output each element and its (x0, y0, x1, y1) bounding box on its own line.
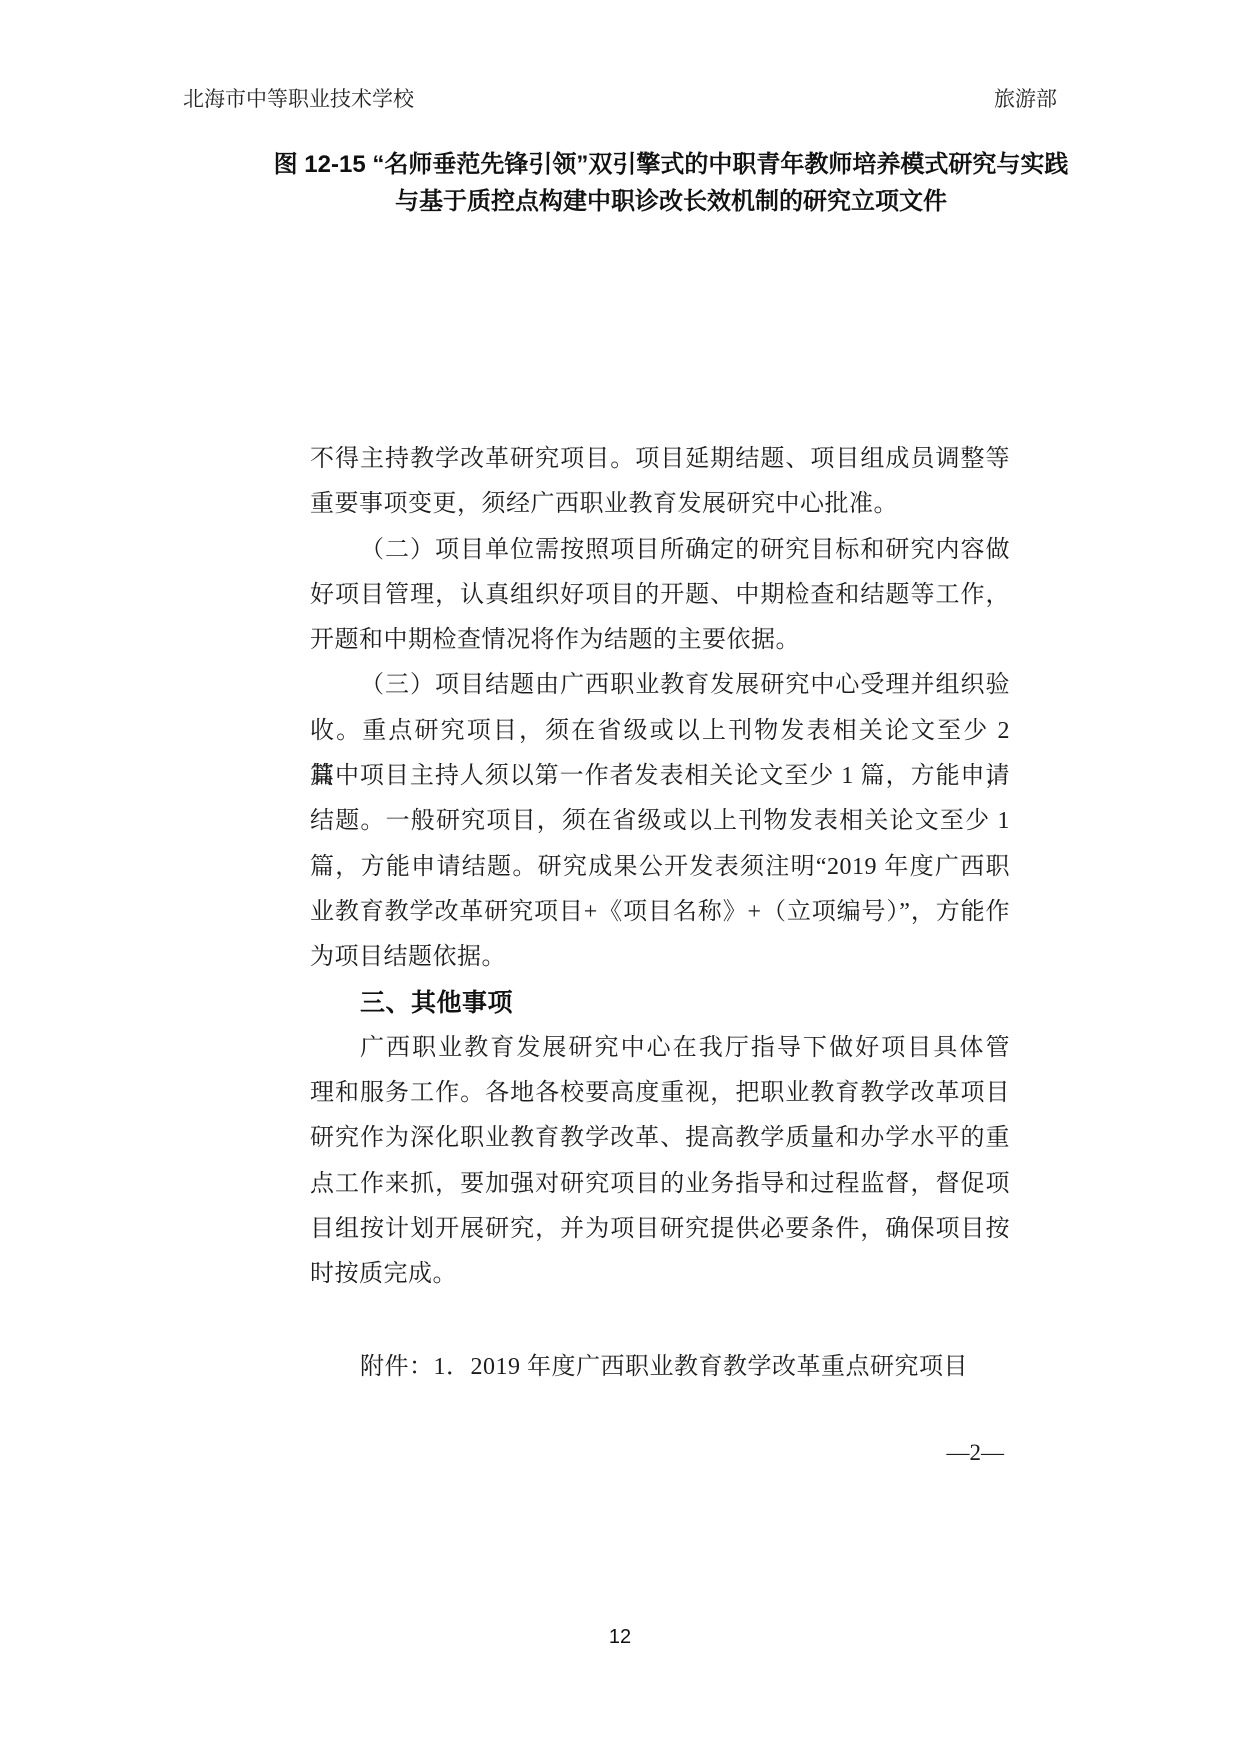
body-line: 目组按计划开展研究，并为项目研究提供必要条件，确保项目按 (310, 1207, 1010, 1252)
body-line: 点工作来抓，要加强对研究项目的业务指导和过程监督，督促项 (310, 1162, 1010, 1207)
body-line: 不得主持教学改革研究项目。项目延期结题、项目组成员调整等 (310, 437, 1010, 482)
body-line: 时按质完成。 (310, 1252, 1010, 1297)
body-line: 篇，方能申请结题。研究成果公开发表须注明“2019 年度广西职 (310, 845, 1010, 890)
body-line: 研究作为深化职业教育教学改革、提高教学质量和办学水平的重 (310, 1116, 1010, 1161)
body-line: 重要事项变更，须经广西职业教育发展研究中心批准。 (310, 482, 1010, 527)
body-line: 收。重点研究项目，须在省级或以上刊物发表相关论文至少 2 篇， (310, 709, 1010, 754)
page-number: 12 (0, 1624, 1240, 1650)
page-header: 北海市中等职业技术学校 旅游部 (0, 86, 1240, 112)
header-school-name: 北海市中等职业技术学校 (183, 86, 414, 112)
body-line: （三）项目结题由广西职业教育发展研究中心受理并组织验 (310, 663, 1010, 708)
body-line: 理和服务工作。各地各校要高度重视，把职业教育教学改革项目 (310, 1071, 1010, 1116)
body-line: 为项目结题依据。 (310, 935, 1010, 980)
body-line: 广西职业教育发展研究中心在我厅指导下做好项目具体管 (310, 1026, 1010, 1071)
body-line: 开题和中期检查情况将作为结题的主要依据。 (310, 618, 1010, 663)
header-department: 旅游部 (994, 86, 1057, 112)
figure-caption-line2: 与基于质控点构建中职诊改长效机制的研究立项文件 (102, 183, 1240, 220)
document-page: 北海市中等职业技术学校 旅游部 图 12-15 “名师垂范先锋引领”双引擎式的中… (0, 0, 1240, 1754)
document-inner-page-number: —2— (310, 1438, 1010, 1468)
figure-caption-line1: 图 12-15 “名师垂范先锋引领”双引擎式的中职青年教师培养模式研究与实践 (102, 146, 1240, 183)
body-line: 业教育教学改革研究项目+《项目名称》+（立项编号）”，方能作 (310, 890, 1010, 935)
body-line: 好项目管理，认真组织好项目的开题、中期检查和结题等工作， (310, 573, 1010, 618)
figure-caption: 图 12-15 “名师垂范先锋引领”双引擎式的中职青年教师培养模式研究与实践 与… (102, 146, 1240, 220)
body-line: 结题。一般研究项目，须在省级或以上刊物发表相关论文至少 1 (310, 799, 1010, 844)
body-line: （二）项目单位需按照项目所确定的研究目标和研究内容做 (310, 528, 1010, 573)
section-heading: 三、其他事项 (310, 981, 1010, 1026)
attachment-line: 附件：1．2019 年度广西职业教育教学改革重点研究项目 (310, 1345, 1010, 1390)
body-line: 其中项目主持人须以第一作者发表相关论文至少 1 篇，方能申请 (310, 754, 1010, 799)
document-body: 不得主持教学改革研究项目。项目延期结题、项目组成员调整等重要事项变更，须经广西职… (310, 437, 1010, 1298)
